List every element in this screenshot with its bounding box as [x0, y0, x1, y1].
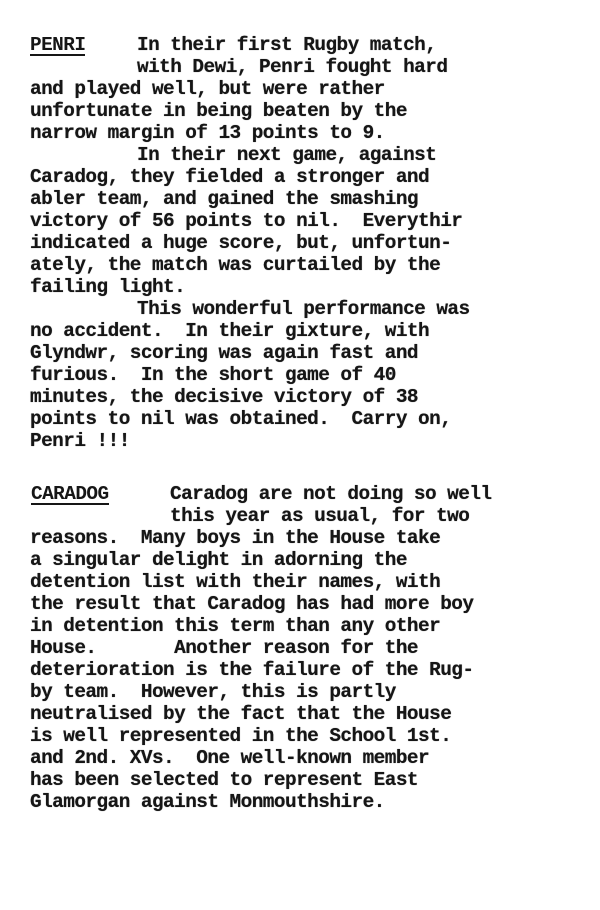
- text-line: Glamorgan against Monmouthshire.: [30, 791, 385, 813]
- text-line: with Dewi, Penri fought hard: [137, 56, 447, 78]
- text-line: ately, the match was curtailed by the: [30, 254, 440, 276]
- text-line: This wonderful performance was: [137, 298, 470, 320]
- text-line: Glyndwr, scoring was again fast and: [30, 342, 418, 364]
- text-line: has been selected to represent East: [30, 769, 418, 791]
- text-line: reasons. Many boys in the House take: [30, 527, 440, 549]
- text-line: abler team, and gained the smashing: [30, 188, 418, 210]
- text-line: detention list with their names, with: [30, 571, 440, 593]
- text-line: furious. In the short game of 40: [30, 364, 396, 386]
- text-line: failing light.: [30, 276, 185, 298]
- text-line: and 2nd. XVs. One well-known member: [30, 747, 429, 769]
- text-line: Penri !!!: [30, 430, 130, 452]
- text-line: the result that Caradog has had more boy: [30, 593, 473, 615]
- text-line: deterioration is the failure of the Rug-: [30, 659, 473, 681]
- text-line: neutralised by the fact that the House: [30, 703, 451, 725]
- text-line: no accident. In their gixture, with: [30, 320, 429, 342]
- section-heading: CARADOG: [31, 485, 109, 505]
- text-line: minutes, the decisive victory of 38: [30, 386, 418, 408]
- text-line: House. Another reason for the: [30, 637, 418, 659]
- text-line: indicated a huge score, but, unfortun-: [30, 232, 451, 254]
- typewritten-page: PENRI In their first Rugby match,with De…: [0, 0, 600, 910]
- text-line: Caradog are not doing so well: [170, 483, 492, 505]
- section-heading: PENRI: [30, 36, 85, 56]
- text-line: in detention this term than any other: [30, 615, 440, 637]
- text-line: and played well, but were rather: [30, 78, 385, 100]
- text-line: In their next game, against: [137, 144, 436, 166]
- text-line: this year as usual, for two: [170, 505, 469, 527]
- text-line: In their first Rugby match,: [137, 34, 436, 56]
- text-line: narrow margin of 13 points to 9.: [30, 122, 385, 144]
- text-line: victory of 56 points to nil. Everythir: [30, 210, 462, 232]
- text-line: Caradog, they fielded a stronger and: [30, 166, 429, 188]
- text-line: unfortunate in being beaten by the: [30, 100, 407, 122]
- text-line: is well represented in the School 1st.: [30, 725, 451, 747]
- text-line: a singular delight in adorning the: [30, 549, 407, 571]
- text-line: by team. However, this is partly: [30, 681, 396, 703]
- text-line: points to nil was obtained. Carry on,: [30, 408, 451, 430]
